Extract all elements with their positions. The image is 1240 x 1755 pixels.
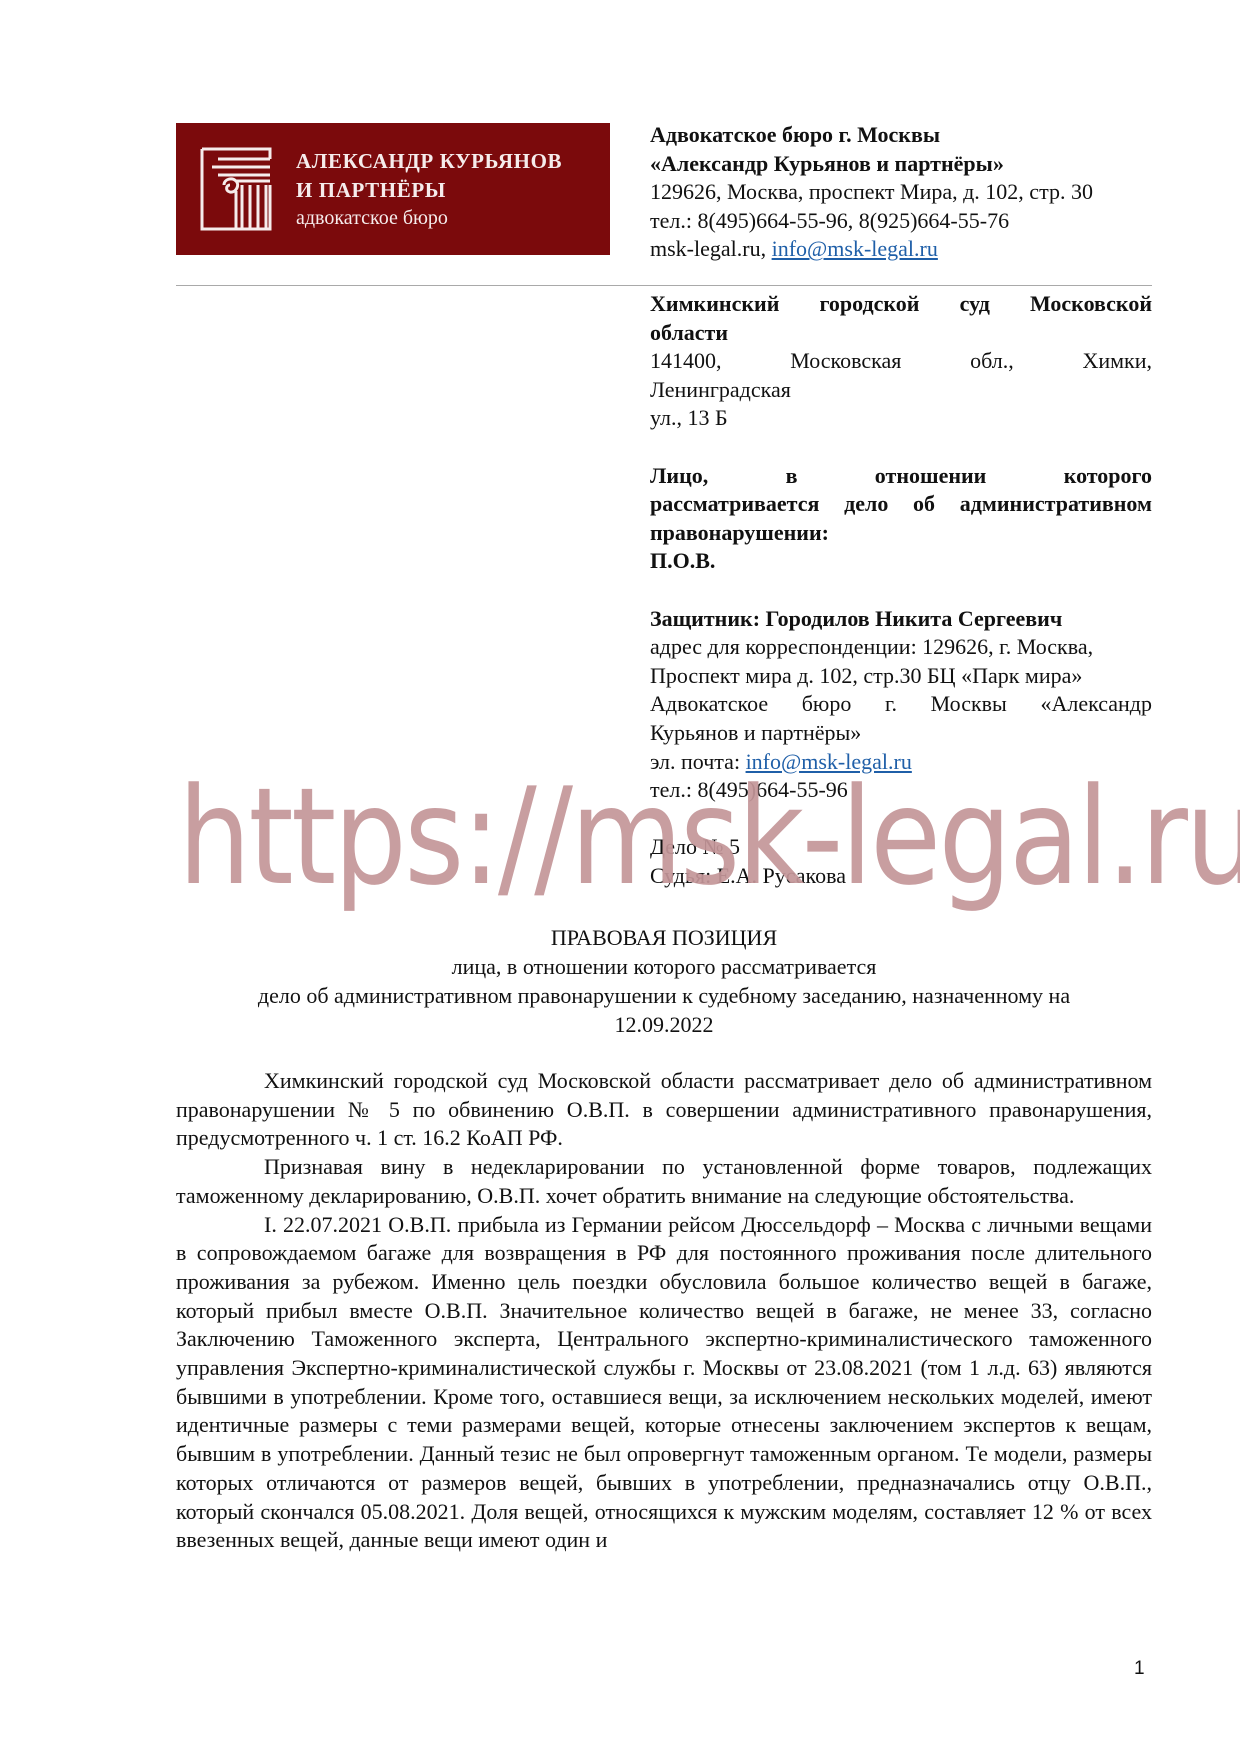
- defender-org-line2: Курьянов и партнёры»: [650, 719, 1152, 748]
- firm-address: 129626, Москва, проспект Мира, д. 102, с…: [650, 178, 1152, 207]
- person-name: П.О.В.: [650, 547, 1152, 576]
- person-label-line2: рассматривается дело об административном: [650, 490, 1152, 519]
- title-line4: 12.09.2022: [176, 1010, 1152, 1039]
- person-label-line3: правонарушении:: [650, 519, 1152, 548]
- document-title: ПРАВОВАЯ ПОЗИЦИЯ лица, в отношении котор…: [176, 923, 1152, 1039]
- page-number: 1: [1134, 1658, 1145, 1680]
- ionic-column-icon: [198, 145, 278, 233]
- document-body: Химкинский городской суд Московской обла…: [176, 1067, 1152, 1555]
- defender-address-line1: адрес для корреспонденции: 129626, г. Мо…: [650, 633, 1152, 662]
- title-line1: ПРАВОВАЯ ПОЗИЦИЯ: [176, 923, 1152, 952]
- defender-phone: тел.: 8(495)664-55-96: [650, 776, 1152, 805]
- logo-title-line2: И ПАРТНЁРЫ: [296, 178, 446, 203]
- defender-email-link[interactable]: info@msk-legal.ru: [746, 749, 912, 774]
- court-name-cont: области: [650, 319, 1152, 348]
- defender-email-label: эл. почта:: [650, 749, 746, 774]
- defender-org-line1: Адвокатское бюро г. Москвы «Александр: [650, 690, 1152, 719]
- firm-phones: тел.: 8(495)664-55-96, 8(925)664-55-76: [650, 207, 1152, 236]
- case-number: Дело № 5: [650, 833, 1152, 862]
- firm-header: Адвокатское бюро г. Москвы «Александр Ку…: [650, 121, 1152, 264]
- firm-name-line1: Адвокатское бюро г. Москвы: [650, 121, 1152, 150]
- person-label-line1: Лицо, в отношении которого: [650, 462, 1152, 491]
- defender-email: эл. почта: info@msk-legal.ru: [650, 748, 1152, 777]
- paragraph: Химкинский городской суд Московской обла…: [176, 1067, 1152, 1153]
- firm-name-line2: «Александр Курьянов и партнёры»: [650, 150, 1152, 179]
- title-line2: лица, в отношении которого рассматривает…: [176, 952, 1152, 981]
- title-line3: дело об административном правонарушении …: [176, 981, 1152, 1010]
- paragraph: Признавая вину в недекларировании по уст…: [176, 1153, 1152, 1210]
- logo-subtitle: адвокатское бюро: [296, 207, 448, 230]
- court-name: Химкинский городской суд Московской: [650, 290, 1152, 319]
- defender-address-line2: Проспект мира д. 102, стр.30 БЦ «Парк ми…: [650, 662, 1152, 691]
- firm-logo: АЛЕКСАНДР КУРЬЯНОВ И ПАРТНЁРЫ адвокатско…: [176, 123, 610, 255]
- firm-site: msk-legal.ru,: [650, 236, 772, 261]
- defender-label: Защитник: Городилов Никита Сергеевич: [650, 605, 1152, 634]
- court-address-line2: Ленинградская: [650, 376, 1152, 405]
- firm-contacts: msk-legal.ru, info@msk-legal.ru: [650, 235, 1152, 264]
- header-divider: [176, 285, 1152, 286]
- paragraph: I. 22.07.2021 О.В.П. прибыла из Германии…: [176, 1211, 1152, 1555]
- court-address-line3: ул., 13 Б: [650, 404, 1152, 433]
- logo-title-line1: АЛЕКСАНДР КУРЬЯНОВ: [296, 149, 562, 174]
- firm-email-link[interactable]: info@msk-legal.ru: [772, 236, 938, 261]
- court-address-line1: 141400, Московская обл., Химки,: [650, 347, 1152, 376]
- addressee-block: Химкинский городской суд Московской обла…: [650, 290, 1152, 890]
- case-judge: Судья: Е.А. Русакова: [650, 862, 1152, 891]
